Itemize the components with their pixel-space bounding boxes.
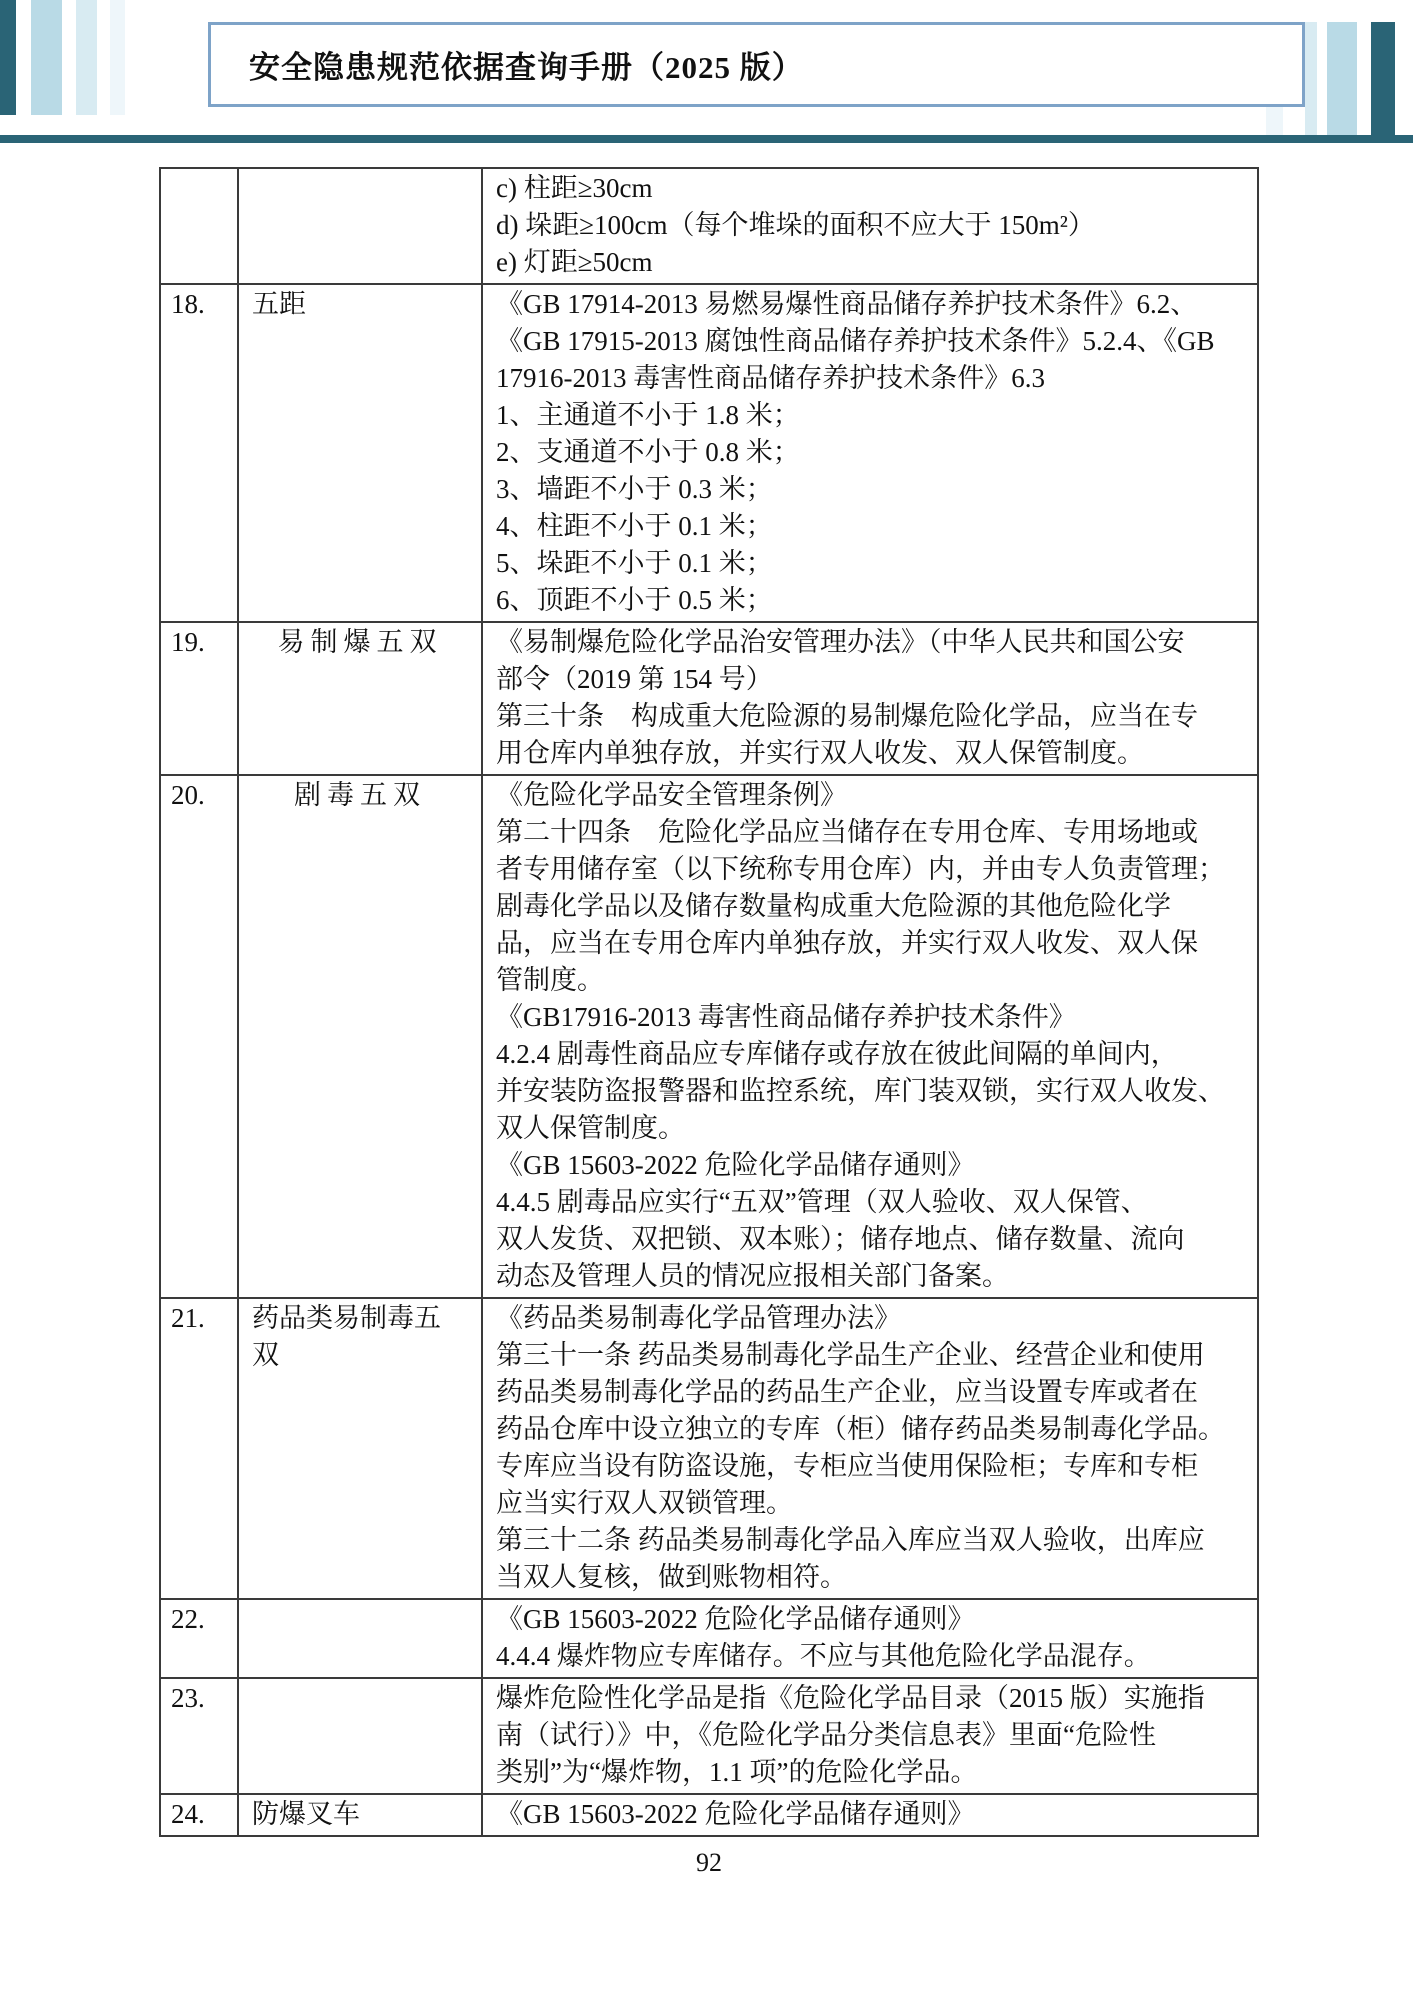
- row-name-cell: 防爆叉车: [239, 1795, 483, 1835]
- row-content-cell: 《药品类易制毒化学品管理办法》 第三十一条 药品类易制毒化学品生产企业、经营企业…: [483, 1299, 1257, 1598]
- table-row: 18. 五距 《GB 17914-2013 易燃易爆性商品储存养护技术条件》6.…: [161, 283, 1257, 621]
- row-content-cell: 爆炸危险性化学品是指《危险化学品目录（2015 版）实施指 南（试行）》中，《危…: [483, 1679, 1257, 1793]
- row-number-cell: 24.: [161, 1795, 239, 1835]
- header-rule: [0, 135, 1413, 143]
- row-content-cell: 《GB 15603-2022 危险化学品储存通则》 4.4.4 爆炸物应专库储存…: [483, 1600, 1257, 1677]
- decor-bar-left-dark: [0, 0, 16, 115]
- table-row: 23. 爆炸危险性化学品是指《危险化学品目录（2015 版）实施指 南（试行）》…: [161, 1677, 1257, 1793]
- regulations-table: c) 柱距≥30cm d) 垛距≥100cm（每个堆垛的面积不应大于 150m²…: [159, 167, 1259, 1837]
- table-row: 21. 药品类易制毒五 双 《药品类易制毒化学品管理办法》 第三十一条 药品类易…: [161, 1297, 1257, 1598]
- row-name-cell: 药品类易制毒五 双: [239, 1299, 483, 1598]
- row-number-cell: 22.: [161, 1600, 239, 1677]
- row-content-cell: 《危险化学品安全管理条例》 第二十四条 危险化学品应当储存在专用仓库、专用场地或…: [483, 776, 1257, 1297]
- table-row: 19. 易制爆五双 《易制爆危险化学品治安管理办法》（中华人民共和国公安 部令（…: [161, 621, 1257, 774]
- row-content-cell: 《GB 15603-2022 危险化学品储存通则》: [483, 1795, 1257, 1835]
- row-number-cell: [161, 169, 239, 283]
- row-name-cell: [239, 1679, 483, 1793]
- row-number-cell: 21.: [161, 1299, 239, 1598]
- row-name-cell: 易制爆五双: [239, 623, 483, 774]
- decor-bar-left-faint: [110, 0, 125, 115]
- row-name-cell: [239, 169, 483, 283]
- row-name-cell: 五距: [239, 285, 483, 621]
- table-row: 22. 《GB 15603-2022 危险化学品储存通则》 4.4.4 爆炸物应…: [161, 1598, 1257, 1677]
- decor-bar-right-light: [1327, 22, 1357, 135]
- row-content-cell: 《易制爆危险化学品治安管理办法》（中华人民共和国公安 部令（2019 第 154…: [483, 623, 1257, 774]
- table-row: 24. 防爆叉车 《GB 15603-2022 危险化学品储存通则》: [161, 1793, 1257, 1835]
- row-content-cell: c) 柱距≥30cm d) 垛距≥100cm（每个堆垛的面积不应大于 150m²…: [483, 169, 1257, 283]
- row-name-cell: [239, 1600, 483, 1677]
- decor-bar-left-light: [31, 0, 62, 115]
- row-number-cell: 20.: [161, 776, 239, 1297]
- row-content-cell: 《GB 17914-2013 易燃易爆性商品储存养护技术条件》6.2、 《GB …: [483, 285, 1257, 621]
- row-number-cell: 23.: [161, 1679, 239, 1793]
- page-title: 安全隐患规范依据查询手册（2025 版）: [211, 42, 804, 87]
- decor-bar-right-dark: [1371, 22, 1395, 143]
- row-name-cell: 剧毒五双: [239, 776, 483, 1297]
- page-number: 92: [159, 1848, 1259, 1878]
- header-title-box: 安全隐患规范依据查询手册（2025 版）: [208, 22, 1305, 107]
- row-number-cell: 18.: [161, 285, 239, 621]
- table-row: c) 柱距≥30cm d) 垛距≥100cm（每个堆垛的面积不应大于 150m²…: [161, 169, 1257, 283]
- row-number-cell: 19.: [161, 623, 239, 774]
- decor-bar-right-lighter: [1305, 22, 1317, 135]
- table-row: 20. 剧毒五双 《危险化学品安全管理条例》 第二十四条 危险化学品应当储存在专…: [161, 774, 1257, 1297]
- decor-bar-left-lighter: [76, 0, 97, 115]
- document-page: 安全隐患规范依据查询手册（2025 版） c) 柱距≥30cm d) 垛距≥10…: [0, 0, 1413, 2000]
